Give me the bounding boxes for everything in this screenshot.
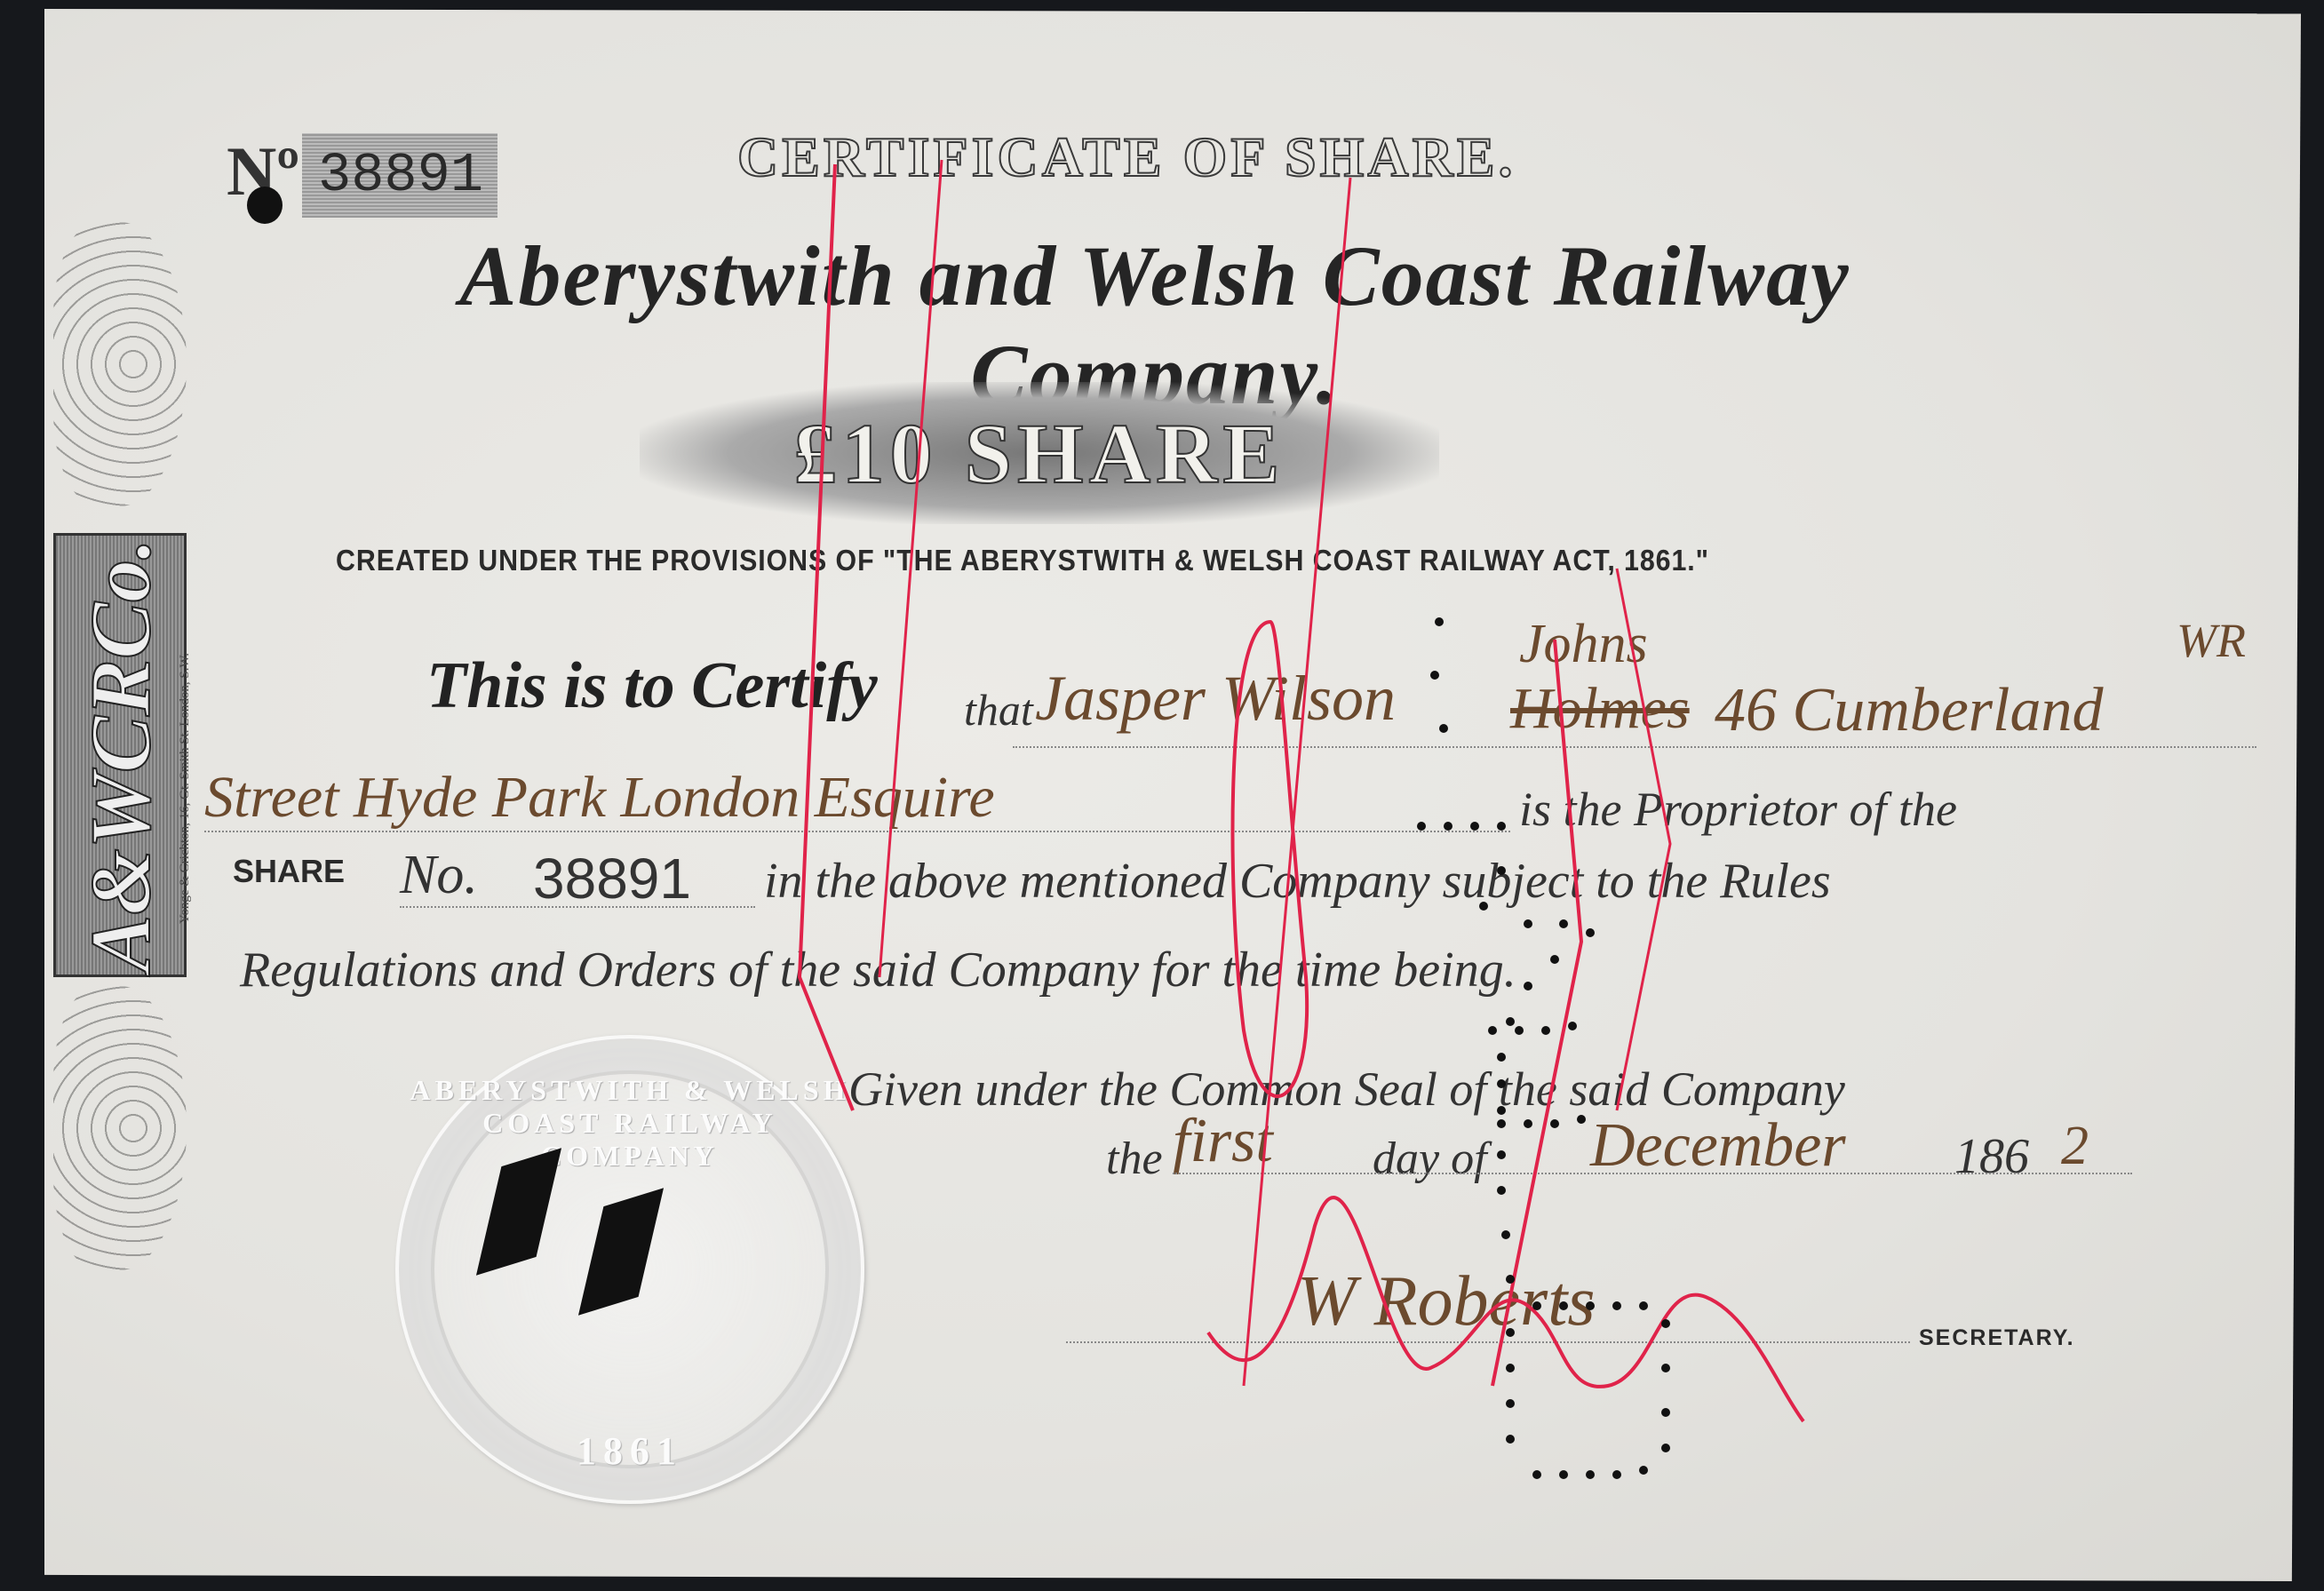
red-cancellation-stroke-icon bbox=[1492, 640, 1581, 1386]
red-cancellation-stroke-icon bbox=[1244, 178, 1350, 1386]
red-cancellation-stroke-icon bbox=[800, 164, 853, 1110]
red-cancellation-stroke-icon bbox=[879, 160, 942, 977]
cancellation-marks bbox=[0, 0, 2324, 1591]
red-cancellation-stroke-icon bbox=[1233, 622, 1308, 1096]
red-cancellation-stroke-icon bbox=[1617, 569, 1670, 1110]
